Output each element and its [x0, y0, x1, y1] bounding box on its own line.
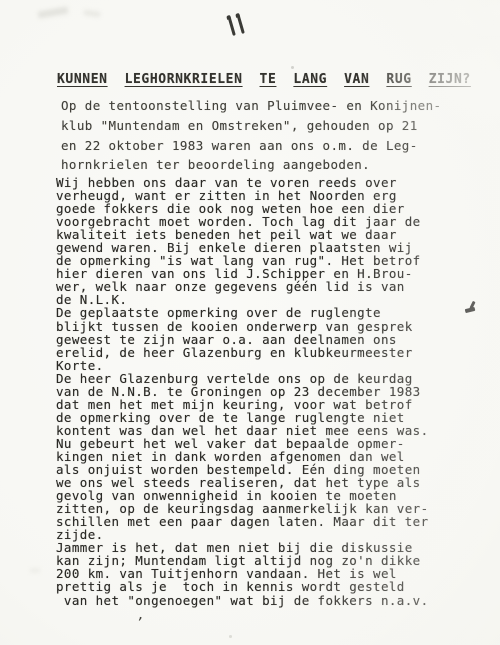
title-word: LANG — [293, 72, 327, 87]
scan-speck — [229, 635, 232, 638]
scan-smudge — [84, 10, 101, 17]
scanned-document-page: KUNNENLEGHORNKRIELENTELANGVANRUGZIJN? Op… — [0, 0, 500, 645]
scan-speck — [291, 66, 294, 69]
title-word: LEGHORNKRIELEN — [125, 72, 243, 87]
intro-paragraph: Op de tentoonstelling van Pluimvee- en K… — [61, 96, 441, 175]
pen-stroke — [227, 15, 235, 36]
body-paragraphs: Wij hebben ons daar van te voren reeds o… — [56, 176, 429, 607]
handwritten-page-number — [225, 13, 251, 39]
title-word: ZIJN? — [429, 72, 471, 87]
title-word: VAN — [344, 72, 369, 87]
scan-smudge — [38, 6, 69, 18]
document-title: KUNNENLEGHORNKRIELENTELANGVANRUGZIJN? — [57, 72, 471, 87]
scan-smudge — [30, 568, 40, 573]
ink-blot-mark — [465, 302, 477, 314]
title-word: RUG — [386, 72, 411, 87]
title-word: KUNNEN — [57, 72, 108, 87]
pen-stroke — [236, 13, 244, 34]
title-word: TE — [260, 72, 277, 87]
stray-comma-mark: , — [136, 608, 146, 624]
